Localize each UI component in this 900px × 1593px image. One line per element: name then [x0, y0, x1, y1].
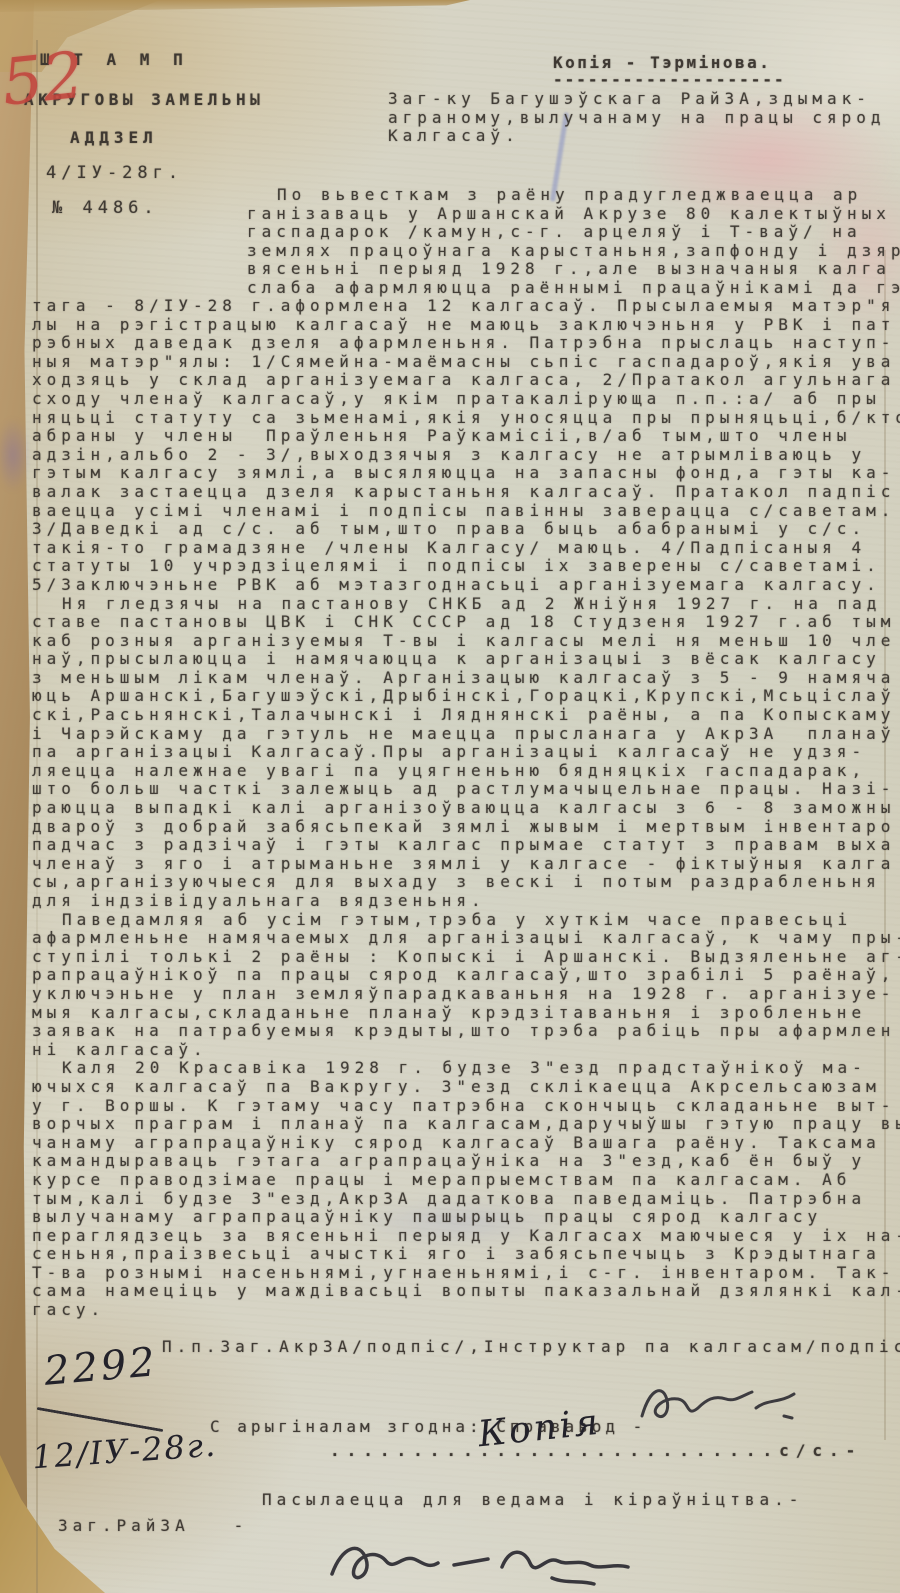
typed-line: 3/Даведкі ад с/с. аб тым,што права быць …	[32, 520, 900, 539]
typed-line: абраны у члены Праўленьня Раўкамісіі,в/а…	[32, 427, 900, 446]
typed-line: тым,калі будзе З"езд,АкрЗА дадаткова пав…	[32, 1190, 900, 1209]
typed-line: пераглядзець за вясеньні перыяд у Калгас…	[32, 1227, 900, 1246]
margin-date: 12/ІУ-28г.	[31, 1426, 218, 1477]
typed-line: у г. Воршы. К гэтаму часу патрэбна сконч…	[32, 1097, 900, 1116]
backing-paper-left-edge	[0, 0, 34, 1593]
typed-line: сеньня,праізвесьці ачысткі яго і забясьп…	[32, 1245, 900, 1264]
typed-line: наў,прысылаюцца і намячаюцца к арганізац…	[32, 650, 900, 669]
typed-line: адзін,альбо 2 - 3/,выходзячыя з калгасу …	[32, 446, 900, 465]
typed-line: 5/Заключэньне РВК аб мэтазгоднасьці арга…	[32, 576, 900, 595]
typed-line: з меньшым лікам членаў. Арганізацыю калг…	[32, 669, 900, 688]
typed-line: слаба афармляюцца раённымі працаўнікамі …	[247, 279, 900, 298]
typed-line: камандыраваць гэтага аграпрацаўніка на З…	[32, 1152, 900, 1171]
typed-line: ні калгасаў.	[32, 1041, 900, 1060]
letter-date: 4/ІУ-28г.	[46, 163, 183, 183]
typed-line: Калгасаў.	[388, 127, 886, 146]
typed-line: гэтым калгасу зямлі,а высяляюцца на запа…	[32, 464, 900, 483]
margin-number-underline	[37, 1407, 164, 1432]
typed-line: землях працоўнага карыстаньня,запфонду і…	[247, 242, 900, 261]
typed-line: ганізаваць у Аршанскай Акрузе 80 калекты…	[247, 205, 900, 224]
typed-line: чанаму аграпрацаўніку сярод калгасаў Ваш…	[32, 1134, 900, 1153]
typed-line: падчас з радзічаў і гэты калгас прымае с…	[32, 836, 900, 855]
typed-line: па арганізацыі Калгасаў.Пры арганізацыі …	[32, 743, 900, 762]
typed-line: Т-ва рознымі насеньнямі,угнаеньнямі,і с-…	[32, 1264, 900, 1283]
typed-line: лы на рэгістрацыю калгасаў не маюць закл…	[32, 316, 900, 335]
clerk-signature	[632, 1372, 812, 1438]
typed-line: скі,Расьнянскі,Талачынскі і Ляднянскі ра…	[32, 706, 900, 725]
typed-line: ныя матэр"ялы: 1/Сямейна-маёмасны сьпіс …	[32, 353, 900, 372]
typed-line: для індзівідуальнага вядзеньня.	[32, 892, 900, 911]
typed-line: ступілі толькі 2 раёны : Копыскі і Аршан…	[32, 948, 900, 967]
typed-line: заявак на патрабуемыя крэдыты,што трэба …	[32, 1022, 900, 1041]
typed-line: Паведамляя аб усім гэтым,трэба у хуткім …	[32, 911, 900, 930]
typed-line: курсе праводзімае працы і мерапрыемствам…	[32, 1171, 900, 1190]
typed-line: уключэньне у план земляўпарадкаваньня на…	[32, 985, 900, 1004]
typed-line: што больш часткі залежыць ад растлумачыц…	[32, 780, 900, 799]
copy-urgent-underline: --------------------	[553, 70, 786, 89]
addressee-block: Заг-ку Багушэўскага РайЗА,здымак-аграном…	[388, 90, 886, 146]
typed-line: юць Аршанскі,Багушэўскі,Дрыбінскі,Горацк…	[32, 687, 900, 706]
typed-line: статуты 10 учрэдзіцелямі і подпісы іх за…	[32, 557, 900, 576]
typed-line: вылучанаму аграпрацаўніку пашырыць працы…	[32, 1208, 900, 1227]
letter-number: № 4486.	[52, 198, 159, 218]
forwarding-line: Пасылаецца для ведама і кіраўніцтва.-	[262, 1490, 803, 1509]
typed-line: членаў з яго і атрыманьне зямлі у калгас…	[32, 855, 900, 874]
typed-line: аграному,вылучанаму на працы сярод	[388, 109, 886, 128]
typed-line: няцьці статуту са зьменамі,якія уносяцца…	[32, 409, 900, 428]
typed-line: гасу.	[32, 1301, 900, 1320]
typed-line: сы,арганізуючыеся для выхаду з вескі і п…	[32, 873, 900, 892]
typed-line: Заг-ку Багушэўскага РайЗА,здымак-	[388, 90, 886, 109]
document-page: Ш Т А М П АКРУГОВЫ ЗАМЕЛЬНЫ АДДЗЕЛ 4/ІУ-…	[0, 0, 900, 1593]
margin-number: 2292	[42, 1339, 159, 1395]
typed-line: гаспадарок /камун,с-г. арцеляў і Т-ваў/ …	[247, 223, 900, 242]
typed-line: ворчых праграм і планаў па калгасам,дару…	[32, 1115, 900, 1134]
typed-line: такія-то грамадзяне /члены Калгасу/ маюц…	[32, 539, 900, 558]
typed-line: По вьвесткам з раёну прадугледжваецца ар	[247, 186, 900, 205]
rayza-line: Заг.РайЗА -	[58, 1516, 248, 1535]
typed-line: мыя калгасы,складаньне планаў крэдзітава…	[32, 1004, 900, 1023]
typed-line: сходу членаў калгасаў,у якім пратакаліру…	[32, 390, 900, 409]
typed-line: афармленьне намячаемых для арганізацыі к…	[32, 929, 900, 948]
typed-line: раюцца выпадкі калі арганізоўваюцца калг…	[32, 799, 900, 818]
typed-line: ставе пастановы ЦВК і СНК СССР ад 18 Сту…	[32, 613, 900, 632]
typed-line: Ня гледзячы на пастанову СНКБ ад 2 Жніўн…	[32, 595, 900, 614]
typed-line: каб розныя арганізуемыя Т-вы і калгасы м…	[32, 632, 900, 651]
typed-line: сама намеціць у маждівасьці вопыты паказ…	[32, 1282, 900, 1301]
typed-line: двароў з добрай забясьпекай зямлі жывым …	[32, 818, 900, 837]
head-signature	[322, 1528, 652, 1592]
typed-line: ваецца усімі членамі і подпісы павінны з…	[32, 502, 900, 521]
typed-line: ючыхся калгасаў па Вакругу. З"езд скліка…	[32, 1078, 900, 1097]
typed-line: Каля 20 Красавіка 1928 г. будзе З"езд пр…	[32, 1059, 900, 1078]
body-indented-block: По вьвесткам з раёну прадугледжваецца ар…	[247, 186, 900, 298]
typed-line: і Чарэйскаму да гэтуль не маецца прыслан…	[32, 725, 900, 744]
typed-line: ходзяць у склад арганізуемага калгаса, 2…	[32, 371, 900, 390]
pp-signature-line: П.п.Заг.АкрЗА/подпіс/,Інструктар па калг…	[162, 1337, 900, 1356]
typed-line: тага - 8/ІУ-28 г.аформлена 12 калгасаў. …	[32, 297, 900, 316]
stamp-department: АДДЗЕЛ	[70, 128, 158, 147]
typed-line: рэбных даведак дзеля афармленьня. Патрэб…	[32, 334, 900, 353]
typed-line: вясеньні перыяд 1928 г.,але вызначаныя к…	[247, 260, 900, 279]
typed-line: ляецца належнае увагі па уцягненьню бядн…	[32, 762, 900, 781]
dotted-line: ...........................с/с.-	[330, 1441, 862, 1460]
body-main-block: тага - 8/ІУ-28 г.аформлена 12 калгасаў. …	[32, 297, 900, 1320]
typed-line: валак застаецца дзеля карыстаньня калгас…	[32, 483, 900, 502]
typed-line: рапрацаўнікоў па працы сярод калгасаў,шт…	[32, 966, 900, 985]
